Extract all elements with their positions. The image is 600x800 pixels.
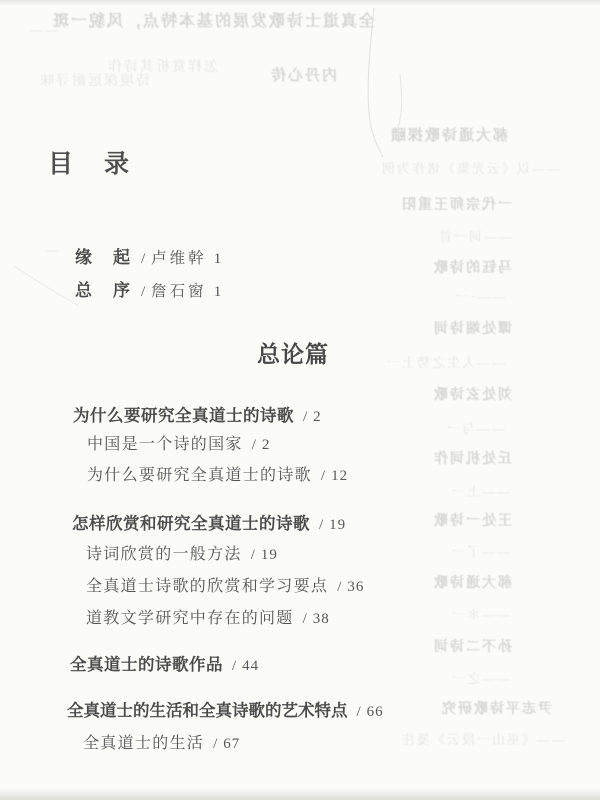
part-heading: 总论篇 [257,336,329,369]
toc-entry-title: 全真道士的生活 [83,735,204,752]
slash-separator: / [251,547,256,563]
toc-entry-page: /44 [223,658,259,674]
front-matter-entry: 缘 起/卢维幹1 [75,243,221,268]
front-matter-author: 卢维幹 [151,250,207,267]
toc-entry-title: 诗词欣赏的一般方法 [86,546,242,563]
toc-entry: 中国是一个诗的国家/2 [87,431,270,454]
toc-entry-title: 全真道士诗歌的欣赏和学习要点 [86,578,328,595]
toc-entry-title: 怎样欣赏和研究全真道士的诗歌 [72,515,310,533]
toc-entry: 诗词欣赏的一般方法/19 [86,541,278,564]
toc-entry: 为什么要研究全真道士的诗歌/2 [73,402,322,426]
slash-separator: / [357,704,362,720]
slash-separator: / [232,658,237,674]
slash-separator: / [319,517,324,533]
toc-entry: 为什么要研究全真道士的诗歌/12 [87,462,348,485]
scanned-toc-page: 全真道士诗歌发展的基本特点，风貌一斑 —— 怎样赏析其诗作 内丹心传 诗境深远耐… [0,0,600,800]
toc-entry-page: /36 [328,579,364,595]
toc-entry-page: /67 [204,736,240,752]
toc-entry-title: 中国是一个诗的国家 [87,436,243,453]
toc-entry-title: 全真道士的生活和全真诗歌的艺术特点 [67,702,348,720]
page-title: 目 录 [48,144,132,180]
toc-entry-page: /19 [242,547,278,563]
toc-entry-page: /66 [348,704,384,720]
scan-bottom-edge-shading [0,788,600,800]
toc-entry-title: 全真道士的诗歌作品 [70,656,223,674]
slash-separator: / [213,736,218,752]
toc-entry-page: /19 [310,517,346,533]
toc-entry-page: /38 [294,611,330,627]
scan-hairline-scratches [0,0,600,800]
front-matter-entry: 总 序/詹石窗1 [75,276,221,301]
front-matter-page-number: 1 [214,284,222,300]
front-matter-label: 总 序 [75,281,132,300]
toc-entry-page: /2 [294,409,322,425]
scan-top-edge-shading [0,0,600,6]
toc-entry: 怎样欣赏和研究全真道士的诗歌/19 [72,510,346,534]
toc-entry-page: /12 [312,468,348,484]
slash-separator: / [303,409,308,425]
toc-entry: 全真道士的生活/67 [83,730,240,753]
toc-entry-title: 为什么要研究全真道士的诗歌 [73,407,294,425]
slash-separator: / [337,579,342,595]
toc-entry-title: 道教文学研究中存在的问题 [86,610,294,627]
toc-entry: 全真道士的生活和全真诗歌的艺术特点/66 [67,697,384,721]
front-matter-author: 詹石窗 [151,283,207,300]
front-matter-page-number: 1 [214,251,222,267]
slash-separator: / [252,437,257,453]
slash-separator: / [141,284,145,300]
slash-separator: / [141,251,145,267]
slash-separator: / [303,611,308,627]
toc-entry: 全真道士诗歌的欣赏和学习要点/36 [86,573,364,596]
front-matter-label: 缘 起 [75,248,132,267]
toc-entry-page: /2 [243,437,271,453]
toc-entry: 全真道士的诗歌作品/44 [70,651,259,675]
slash-separator: / [321,468,326,484]
toc-entry: 道教文学研究中存在的问题/38 [86,605,330,628]
toc-entry-title: 为什么要研究全真道士的诗歌 [87,467,312,484]
